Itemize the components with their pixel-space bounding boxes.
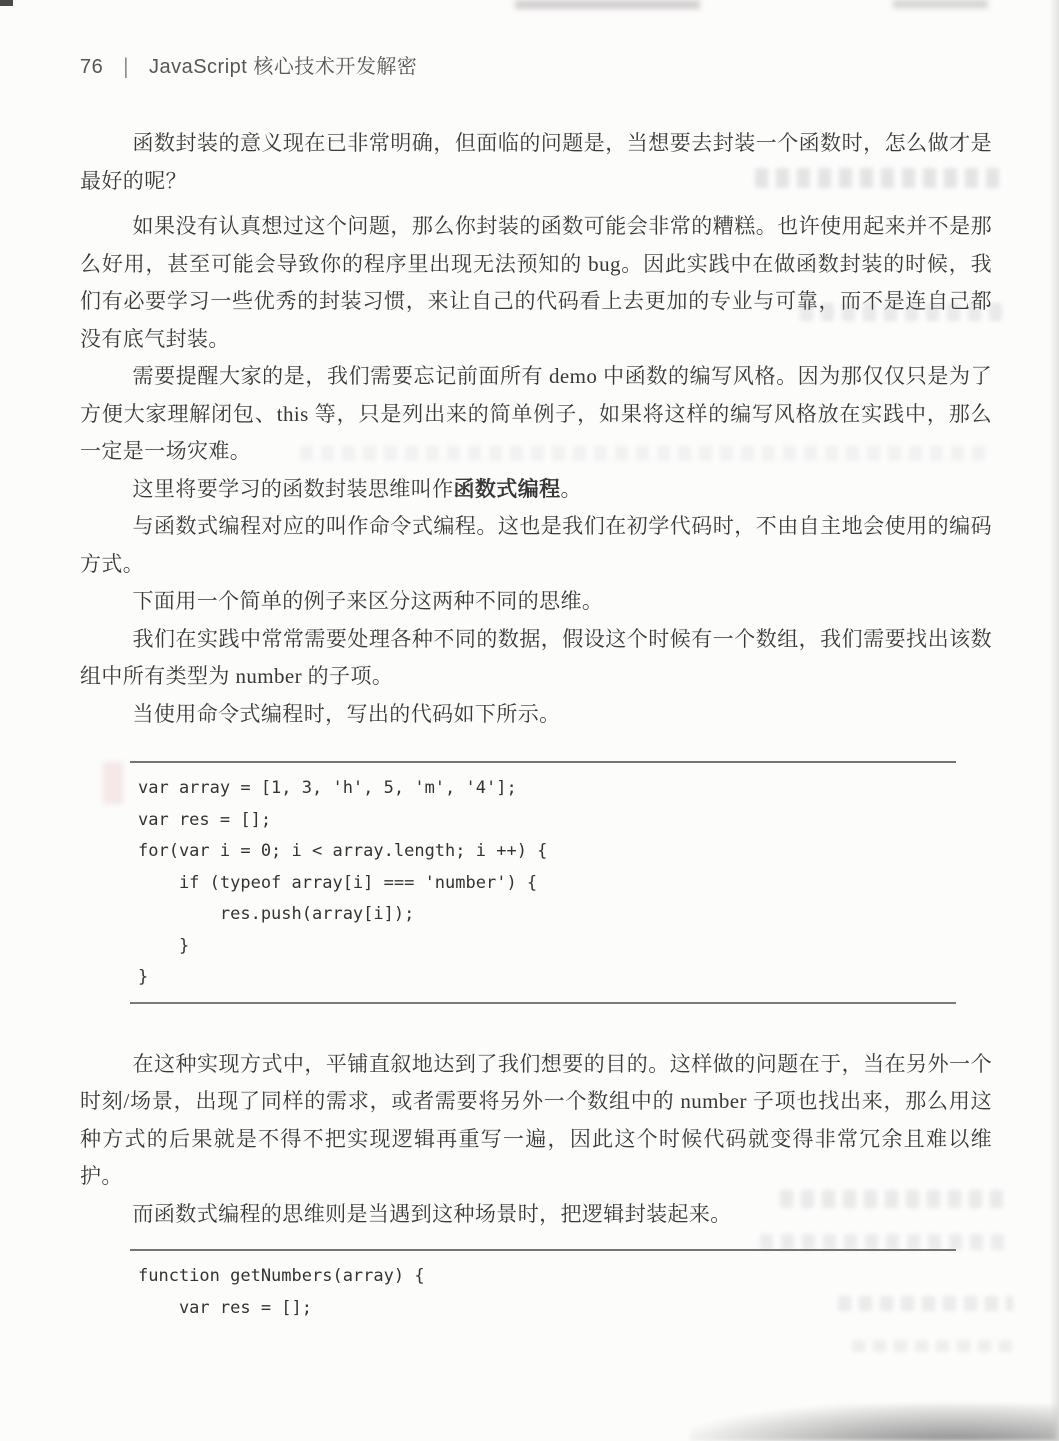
code-line: var res = []; (138, 1293, 956, 1325)
code-line: } (138, 962, 956, 994)
paragraph-functional-programming-term: 这里将要学习的函数封装思维叫作函数式编程。 (80, 471, 992, 509)
code-line: for(var i = 0; i < array.length; i ++) { (138, 836, 956, 868)
header-divider: | (123, 55, 129, 80)
book-page: 76 | JavaScript 核心技术开发解密 函数封装的意义现在已非常明确，… (0, 0, 1059, 1441)
paragraph-suffix: 。 (561, 477, 582, 501)
code-line: } (138, 931, 956, 963)
paragraph-prefix: 这里将要学习的函数封装思维叫作 (133, 477, 454, 501)
paragraph-example-intro: 下面用一个简单的例子来区分这两种不同的思维。 (80, 583, 992, 621)
paragraph-functional-idea: 而函数式编程的思维则是当遇到这种场景时，把逻辑封装起来。 (80, 1196, 992, 1234)
ghost-text-bleed (852, 1340, 1012, 1352)
code-line: function getNumbers(array) { (138, 1261, 956, 1293)
paragraph-forget-demo-style: 需要提醒大家的是，我们需要忘记前面所有 demo 中函数的编写风格。因为那仅仅只… (80, 358, 992, 471)
paragraph-array-task: 我们在实践中常常需要处理各种不同的数据，假设这个时候有一个数组，我们需要找出该数… (80, 621, 992, 696)
paragraph-bad-encapsulation: 如果没有认真想过这个问题，那么你封装的函数可能会非常的糟糕。也许使用起来并不是那… (80, 208, 992, 358)
scan-speck (0, 0, 13, 6)
book-title: JavaScript 核心技术开发解密 (149, 50, 417, 79)
code-line: var res = []; (138, 805, 956, 837)
paragraph-intro-question: 函数封装的意义现在已非常明确，但面临的问题是，当想要去封装一个函数时，怎么做才是… (80, 125, 992, 200)
code-line: res.push(array[i]); (138, 899, 956, 931)
functional-programming-bold-term: 函数式编程 (454, 477, 561, 501)
paragraph-imperative-drawbacks: 在这种实现方式中，平铺直叙地达到了我们想要的目的。这样做的问题在于，当在另外一个… (80, 1046, 992, 1196)
code-line: var array = [1, 3, 'h', 5, 'm', '4']; (138, 773, 956, 805)
paragraph-imperative-code-intro: 当使用命令式编程时，写出的代码如下所示。 (80, 696, 992, 734)
page-header: 76 | JavaScript 核心技术开发解密 (80, 50, 417, 79)
page-shadow (690, 1404, 1059, 1441)
paragraph-imperative-programming: 与函数式编程对应的叫作命令式编程。这也是我们在初学代码时，不由自主地会使用的编码… (80, 508, 992, 583)
page-number: 76 (80, 56, 103, 79)
code-block-imperative: var array = [1, 3, 'h', 5, 'm', '4']; va… (130, 761, 956, 1004)
page-body: 函数封装的意义现在已非常明确，但面临的问题是，当想要去封装一个函数时，怎么做才是… (80, 125, 992, 1332)
page-edge (1049, 0, 1059, 1441)
scan-smudge (515, 0, 700, 9)
code-block-functional: function getNumbers(array) { var res = [… (130, 1249, 956, 1332)
code-line: if (typeof array[i] === 'number') { (138, 868, 956, 900)
scan-smudge (893, 0, 988, 8)
